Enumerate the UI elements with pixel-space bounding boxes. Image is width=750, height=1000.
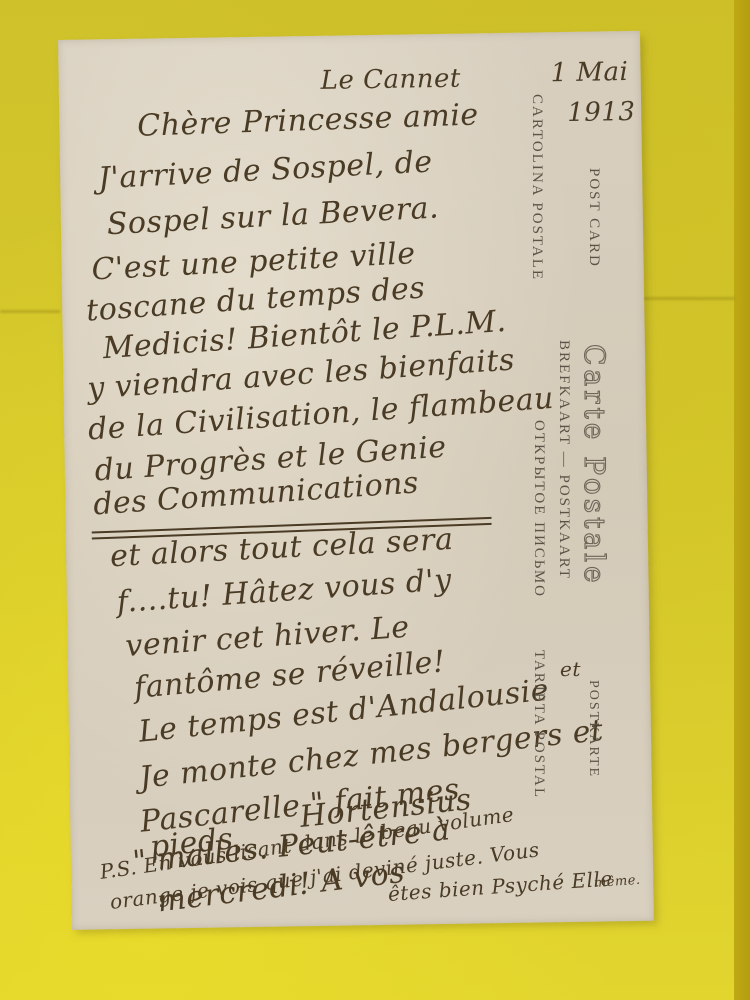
printed-brefkaart-postkaart: BREFKAART — POSTKAART <box>555 340 572 580</box>
background-edge-strip <box>734 0 750 1000</box>
message-line: Chère Princesse amie <box>137 97 479 143</box>
background-crease-right <box>640 297 735 300</box>
header-date: 1 Mai <box>550 57 628 88</box>
background-crease-left <box>0 310 60 313</box>
printed-postkarte: POSTKARTE <box>585 680 601 778</box>
printed-et: et <box>560 657 581 681</box>
message-line: Sospel sur la Bevera. <box>106 190 440 242</box>
printed-post-card: POST CARD <box>585 168 602 268</box>
printed-cyrillic-card: ОТКРЫТОЕ ПИСЬМО <box>530 420 547 598</box>
printed-carte-postale: Carte Postale <box>578 344 611 587</box>
header-year: 1913 <box>567 97 636 128</box>
printed-cartolina-postale: CARTOLINA POSTALE <box>528 94 545 281</box>
header-place: Le Cannet <box>320 64 461 96</box>
message-line: J'arrive de Sospel, de <box>97 144 433 196</box>
printed-tarjeta-postal: TARJETA POSTAL <box>530 650 547 799</box>
